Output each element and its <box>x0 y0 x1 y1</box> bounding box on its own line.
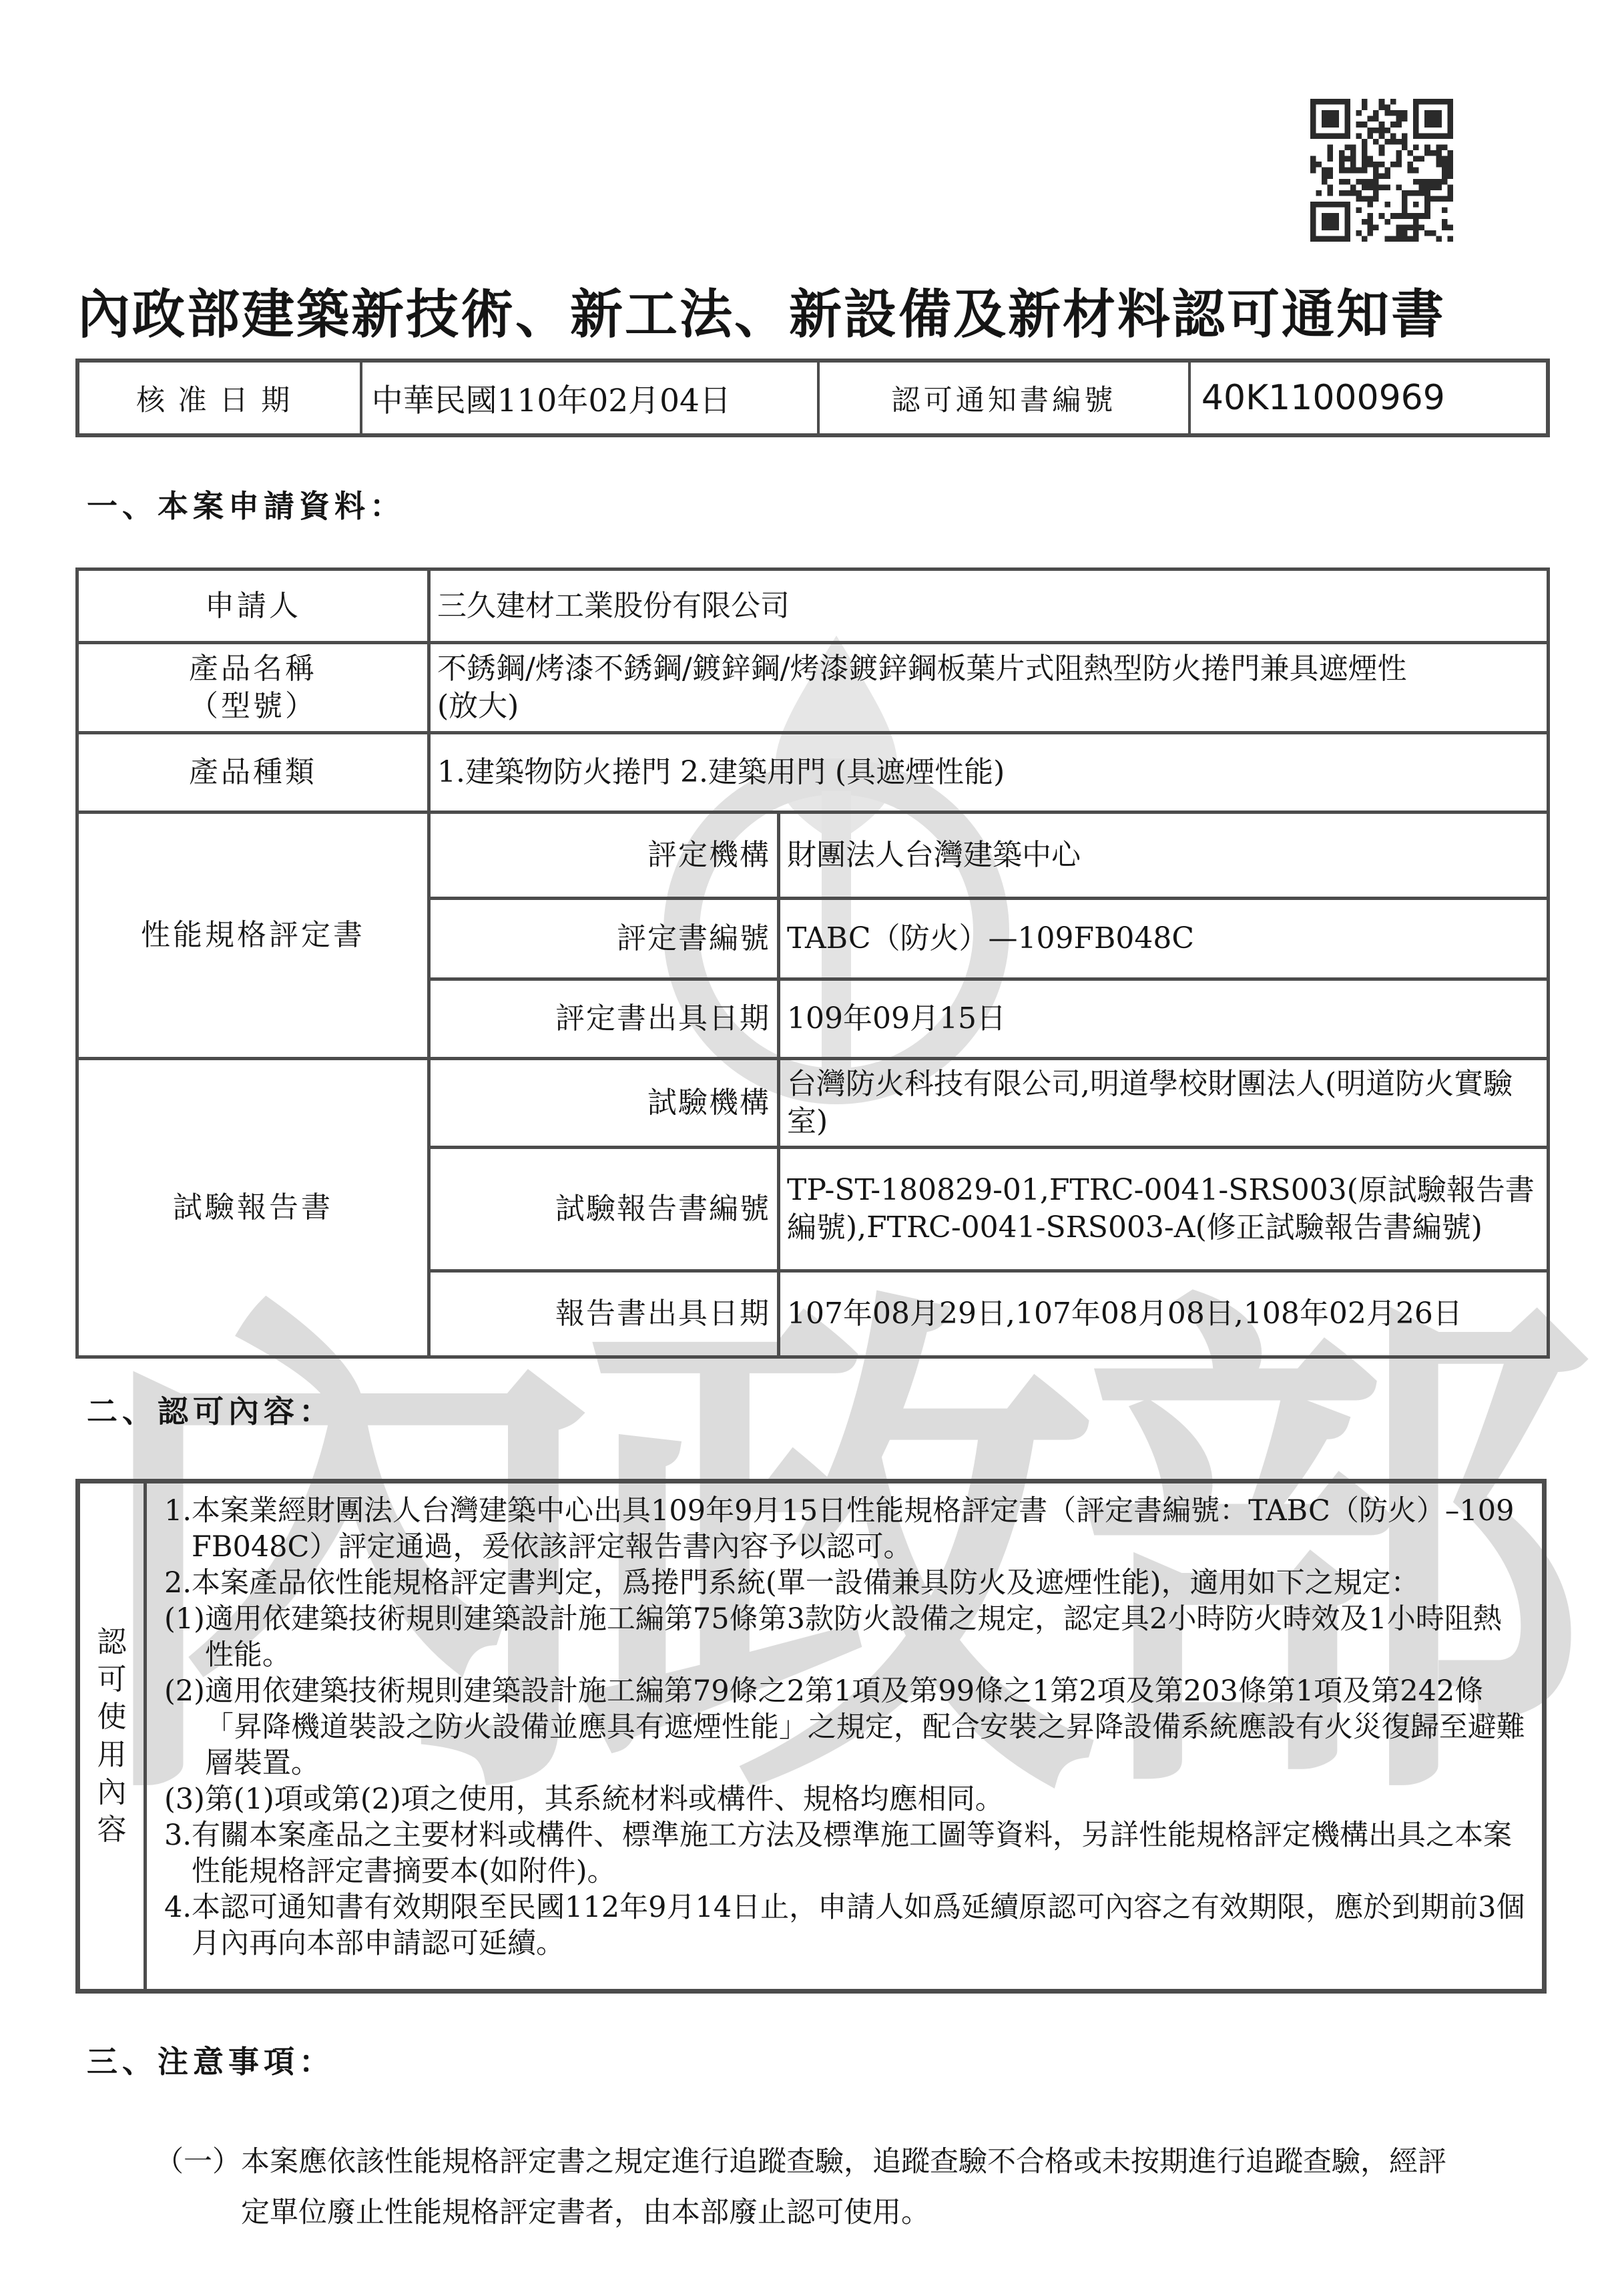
item-text: 本案產品依性能規格評定書判定，爲捲門系統(單一設備兼具防火及遮煙性能)，適用如下… <box>192 1565 1526 1601</box>
product-type-label-cell: 產品種類 <box>77 733 429 813</box>
section2-heading: 二、認可內容： <box>87 1387 334 1431</box>
item-text: 有關本案產品之主要材料或構件、標準施工方法及標準施工圖等資料，另詳性能規格評定機… <box>192 1817 1526 1889</box>
approval-date-value: 中華民國110年02月04日 <box>360 363 817 433</box>
item-text: 本認可通知書有效期限至民國112年9月14日止，申請人如爲延續原認可內容之有效期… <box>192 1889 1526 1962</box>
table-row: 申請人 三久建材工業股份有限公司 <box>77 569 1549 643</box>
note-marker: （一） <box>155 2136 241 2238</box>
approval-notice-document: { "document": { "title": "內政部建築新技術、新工法、新… <box>0 0 1622 2296</box>
approval-date-label: 核准日期 <box>79 363 360 433</box>
table-row: 試驗報告書 試驗機構 台灣防火科技有限公司,明道學校財團法人(明道防火實驗室) <box>77 1059 1549 1148</box>
list-item: (1) 適用依建築技術規則建築設計施工編第75條第3款防火設備之規定，認定具2小… <box>164 1601 1526 1673</box>
item-marker: (2) <box>164 1673 205 1781</box>
list-item: (2) 適用依建築技術規則建築設計施工編第79條之2第1項及第99條之1第2項及… <box>164 1673 1526 1781</box>
qr-code <box>1310 99 1453 242</box>
test-report-date-label-cell: 報告書出具日期 <box>429 1271 779 1357</box>
test-report-group-label-cell: 試驗報告書 <box>77 1059 429 1357</box>
item-text: 適用依建築技術規則建築設計施工編第75條第3款防火設備之規定，認定具2小時防火時… <box>205 1601 1526 1673</box>
note-text: 本案應依該性能規格評定書之規定進行追蹤查驗，追蹤查驗不合格或未按期進行追蹤查驗，… <box>241 2136 1463 2238</box>
item-marker: 4. <box>164 1889 192 1962</box>
list-item: (3) 第(1)項或第(2)項之使用，其系統材料或構件、規格均應相同。 <box>164 1781 1526 1817</box>
item-marker: (3) <box>164 1781 205 1817</box>
test-report-number-value-cell: TP-ST-180829-01,FTRC-0041-SRS003(原試驗報告書編… <box>779 1148 1549 1271</box>
section3-heading: 三、注意事項： <box>87 2038 334 2082</box>
assessment-body-value-cell: 財團法人台灣建築中心 <box>779 813 1549 899</box>
item-marker: 2. <box>164 1565 192 1601</box>
item-text: 本案業經財團法人台灣建築中心出具109年9月15日性能規格評定書（評定書編號：T… <box>192 1493 1526 1565</box>
assessment-body-label-cell: 評定機構 <box>429 813 779 899</box>
item-marker: 1. <box>164 1493 192 1565</box>
meta-table: 核准日期 中華民國110年02月04日 認可通知書編號 40K11000969 <box>75 359 1550 437</box>
notice-number-label: 認可通知書編號 <box>817 363 1188 433</box>
page-title: 內政部建築新技術、新工法、新設備及新材料認可通知書 <box>77 286 1559 344</box>
table-row: 性能規格評定書 評定機構 財團法人台灣建築中心 <box>77 813 1549 899</box>
section1-heading: 一、本案申請資料： <box>87 482 405 526</box>
test-body-value-cell: 台灣防火科技有限公司,明道學校財團法人(明道防火實驗室) <box>779 1059 1549 1148</box>
assessment-date-value-cell: 109年09月15日 <box>779 979 1549 1059</box>
assessment-date-label-cell: 評定書出具日期 <box>429 979 779 1059</box>
assessment-number-label-cell: 評定書編號 <box>429 899 779 979</box>
performance-cert-group-label-cell: 性能規格評定書 <box>77 813 429 1059</box>
item-text: 第(1)項或第(2)項之使用，其系統材料或構件、規格均應相同。 <box>205 1781 1526 1817</box>
item-text: 適用依建築技術規則建築設計施工編第79條之2第1項及第99條之1第2項及第203… <box>205 1673 1526 1781</box>
table-row: 產品種類 1.建築物防火捲門 2.建築用門 (具遮煙性能) <box>77 733 1549 813</box>
test-report-number-label-cell: 試驗報告書編號 <box>429 1148 779 1271</box>
test-report-date-value-cell: 107年08月29日,107年08月08日,108年02月26日 <box>779 1271 1549 1357</box>
product-name-value-cell: 不銹鋼/烤漆不銹鋼/鍍鋅鋼/烤漆鍍鋅鋼板葉片式阻熱型防火捲門兼具遮煙性 (放大) <box>429 643 1549 733</box>
list-item: 1. 本案業經財團法人台灣建築中心出具109年9月15日性能規格評定書（評定書編… <box>164 1493 1526 1565</box>
list-item: 3. 有關本案產品之主要材料或構件、標準施工方法及標準施工圖等資料，另詳性能規格… <box>164 1817 1526 1889</box>
note-item: （一） 本案應依該性能規格評定書之規定進行追蹤查驗，追蹤查驗不合格或未按期進行追… <box>155 2136 1463 2238</box>
list-item: 4. 本認可通知書有效期限至民國112年9月14日止，申請人如爲延續原認可內容之… <box>164 1889 1526 1962</box>
notice-number-value: 40K11000969 <box>1188 363 1546 433</box>
applicant-label-cell: 申請人 <box>77 569 429 643</box>
product-type-value-cell: 1.建築物防火捲門 2.建築用門 (具遮煙性能) <box>429 733 1549 813</box>
list-item: 2. 本案產品依性能規格評定書判定，爲捲門系統(單一設備兼具防火及遮煙性能)，適… <box>164 1565 1526 1601</box>
item-marker: (1) <box>164 1601 205 1673</box>
approval-content-box: 認 可 使 用 內 容 1. 本案業經財團法人台灣建築中心出具109年9月15日… <box>75 1479 1547 1994</box>
application-table: 申請人 三久建材工業股份有限公司 產品名稱 （型號） 不銹鋼/烤漆不銹鋼/鍍鋅鋼… <box>75 567 1547 1359</box>
approval-content-items: 1. 本案業經財團法人台灣建築中心出具109年9月15日性能規格評定書（評定書編… <box>147 1483 1542 1989</box>
product-name-label-cell: 產品名稱 （型號） <box>77 643 429 733</box>
approval-content-side-label: 認 可 使 用 內 容 <box>80 1483 147 1989</box>
test-body-label-cell: 試驗機構 <box>429 1059 779 1148</box>
applicant-value-cell: 三久建材工業股份有限公司 <box>429 569 1549 643</box>
table-row: 產品名稱 （型號） 不銹鋼/烤漆不銹鋼/鍍鋅鋼/烤漆鍍鋅鋼板葉片式阻熱型防火捲門… <box>77 643 1549 733</box>
item-marker: 3. <box>164 1817 192 1889</box>
assessment-number-value-cell: TABC（防火）—109FB048C <box>779 899 1549 979</box>
